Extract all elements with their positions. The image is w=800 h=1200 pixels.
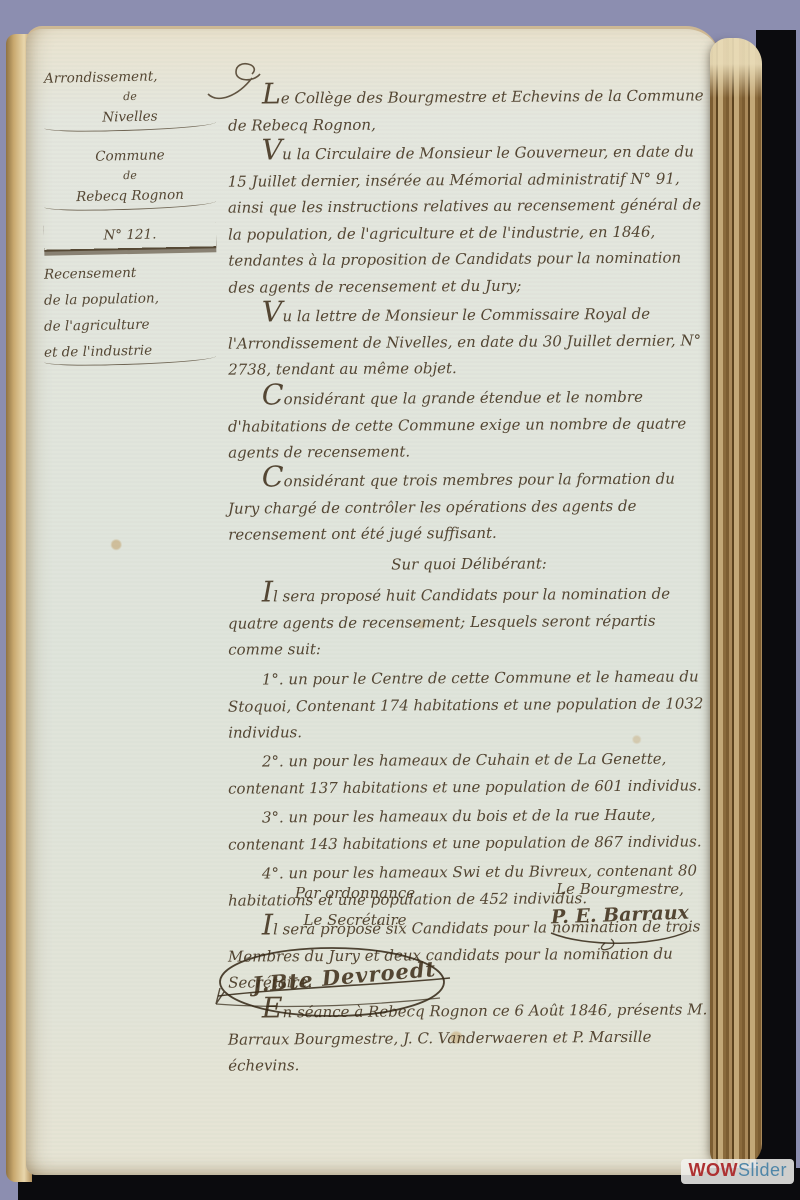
book-page-edges — [710, 38, 762, 1166]
paragraph: 1°. un pour le Centre de cette Commune e… — [228, 663, 711, 746]
paragraph: 3°. un pour les hameaux du bois et de la… — [228, 801, 710, 857]
margin-note-line: et de l'industrie — [44, 336, 217, 367]
paragraph: 2°. un pour les hameaux de Cuhain et de … — [228, 745, 710, 801]
margin-note-line: Arrondissement, — [44, 62, 217, 92]
mayor-signature-flourish — [520, 925, 720, 951]
paragraph: Il sera proposé huit Candidats pour la n… — [228, 580, 711, 663]
paragraph: Considérant que la grande étendue et le … — [228, 383, 711, 466]
paragraph: Vu la Circulaire de Monsieur le Gouverne… — [227, 138, 710, 300]
mayor-signature: P. E. Barraux — [551, 900, 690, 931]
margin-note-line: N° 121. — [44, 220, 217, 250]
mayor-label: Le Bourgmestre, — [520, 876, 720, 902]
paragraph: Sur quoi Délibérant: — [228, 549, 710, 579]
margin-note-line: de l'agriculture — [44, 310, 217, 340]
margin-note-line: Rebecq Rognon — [44, 181, 217, 212]
closing-secretary-block: Par ordonnance Le Secrétaire — [250, 880, 460, 934]
margin-note-line: Recensement — [44, 258, 217, 288]
watermark-wow-text: WOW — [688, 1160, 737, 1180]
margin-notes: Arrondissement, de Nivelles Commune de R… — [44, 64, 216, 365]
paragraph: Considérant que trois membres pour la fo… — [228, 465, 711, 548]
closing-mayor-block: Le Bourgmestre, P. E. Barraux — [520, 876, 720, 951]
watermark-slider-text: Slider — [738, 1160, 787, 1180]
wowslider-watermark[interactable]: WOWSlider — [681, 1159, 794, 1184]
secretary-label: Le Secrétaire — [250, 907, 460, 934]
paragraph: Le Collège des Bourgmestre et Echevins d… — [228, 82, 710, 138]
margin-note-line: Commune — [44, 141, 217, 171]
paragraph: Vu la lettre de Monsieur le Commissaire … — [228, 300, 711, 383]
margin-note-line: de la population, — [44, 284, 217, 314]
by-order-line: Par ordonnance — [250, 880, 460, 907]
margin-note-line: Nivelles — [44, 102, 217, 133]
secretary-signature-area: J.Bte Devroedt — [214, 938, 454, 1030]
photo-shadow-right — [756, 30, 796, 1200]
